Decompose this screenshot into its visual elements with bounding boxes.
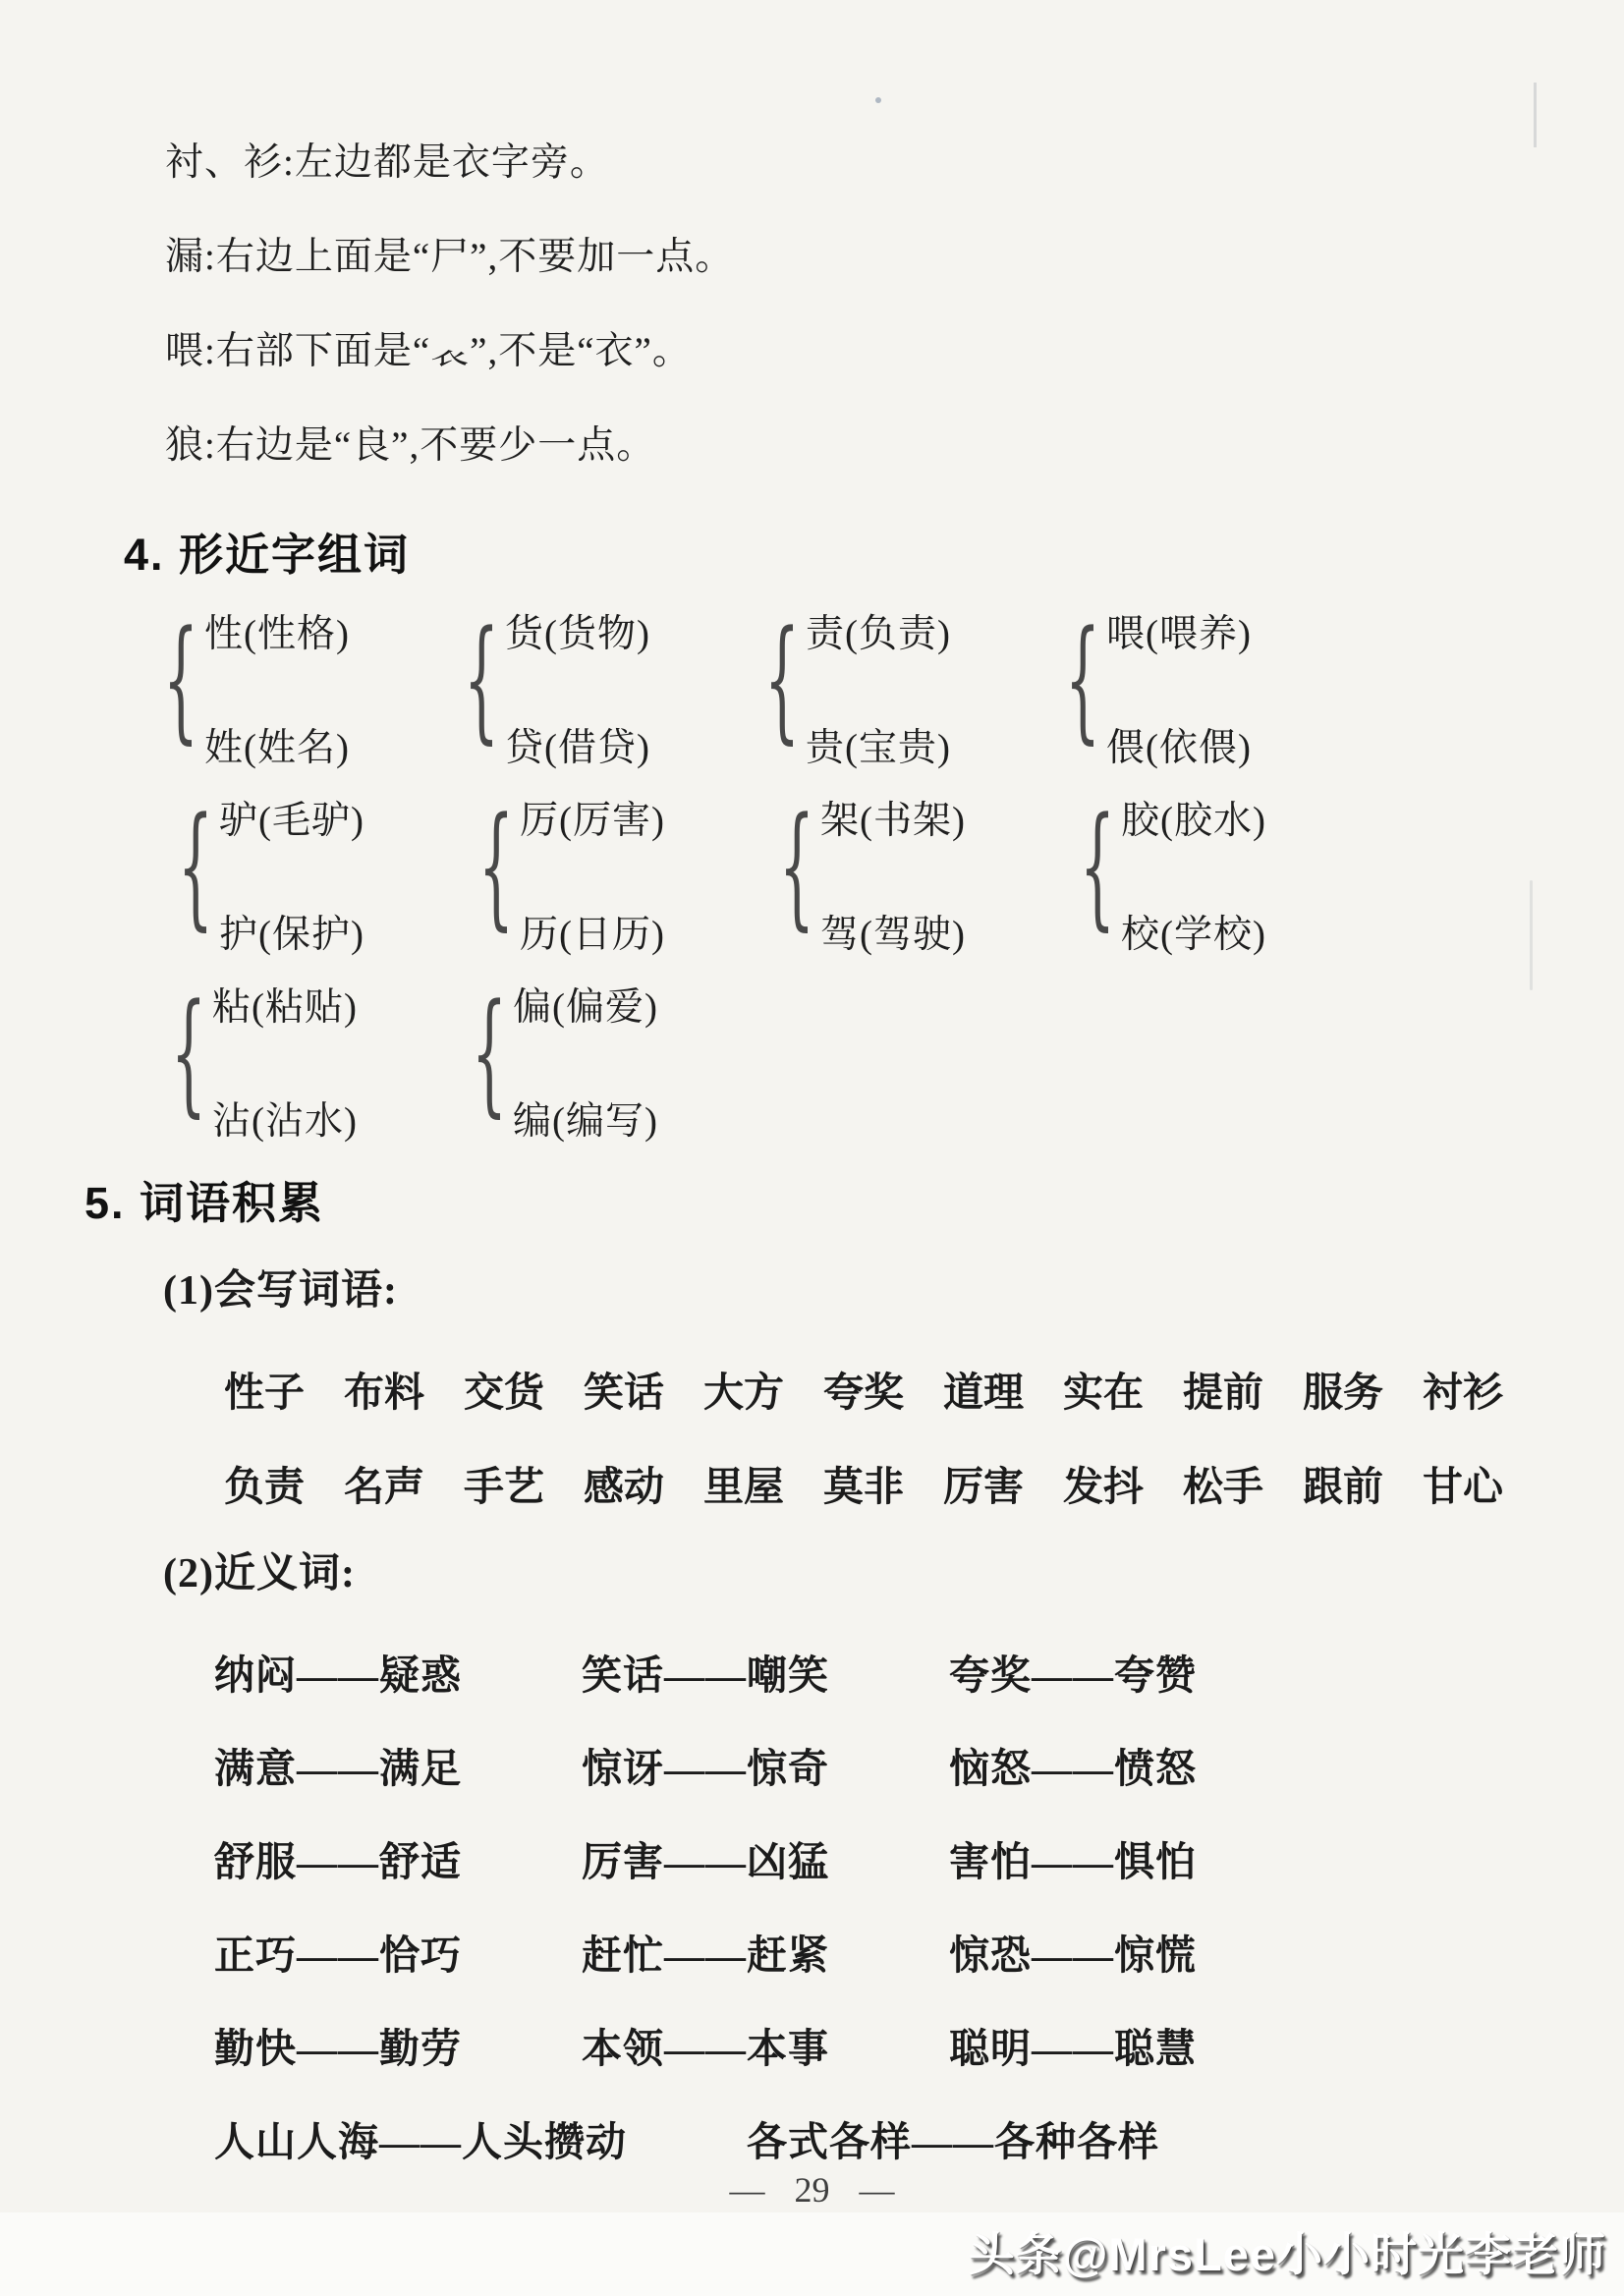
bracket-row: { 粘(粘贴) 沾(沾水) { 偏(偏爱) 编(编写)	[179, 975, 1388, 1132]
word-item: 布料	[344, 1360, 424, 1403]
bracket-group: { 性(性格) 姓(姓名)	[171, 601, 472, 758]
synonym-pair: 本领——本事	[582, 2016, 829, 2059]
group-word-top: 偏(偏爱)	[513, 977, 658, 1032]
word-item: 夸奖	[823, 1360, 904, 1403]
word-item: 甘心	[1423, 1454, 1503, 1497]
bracket-row: { 性(性格) 姓(姓名) { 货(货物) 贷(借贷) { 责(负责) 贵(宝贵…	[171, 601, 1388, 758]
synonym-pair: 纳闷——疑惑	[214, 1643, 462, 1686]
synonym-pair: 人山人海——人头攒动	[214, 2109, 627, 2153]
note-line: 衬、衫:左边都是衣字旁。	[165, 140, 734, 187]
left-brace: {	[472, 971, 507, 1136]
group-word-top: 责(负责)	[806, 603, 951, 658]
group-word-top: 架(书架)	[820, 790, 966, 845]
synonym-pairs: 纳闷——疑惑 笑话——嘲笑 夸奖——夸赞 满意——满足 惊讶——惊奇 恼怒——愤…	[214, 1643, 1197, 2203]
group-word-bottom: 偎(依偎)	[1106, 717, 1252, 772]
group-word-bottom: 沾(沾水)	[212, 1091, 358, 1146]
word-row: 性子 布料 交货 笑话 大方 夸奖 道理 实在 提前 服务	[224, 1360, 1503, 1403]
group-word-top: 货(货物)	[505, 603, 650, 658]
watermark-text: 头条@MrsLee小小时光李老师	[969, 2218, 1606, 2284]
writable-words: 性子 布料 交货 笑话 大方 夸奖 道理 实在 提前 服务	[224, 1360, 1503, 1548]
group-word-top: 性(性格)	[204, 603, 350, 658]
group-word-bottom: 驾(驾驶)	[820, 904, 966, 959]
word-item: 松手	[1183, 1454, 1263, 1497]
group-word-top: 驴(毛驴)	[219, 790, 364, 845]
sub1-label: (1)会写词语:	[163, 1258, 398, 1316]
note-line: 喂:右部下面是“𧘇”,不是“衣”。	[165, 328, 734, 375]
word-item: 莫非	[823, 1454, 904, 1497]
group-word-bottom: 校(学校)	[1121, 904, 1266, 959]
left-brace: {	[478, 784, 514, 949]
bracket-group: { 责(负责) 贵(宝贵)	[772, 601, 1073, 758]
bracket-row: { 驴(毛驴) 护(保护) { 厉(厉害) 历(日历) { 架(书架) 驾(驾驶…	[186, 788, 1388, 945]
synonym-row: 纳闷——疑惑 笑话——嘲笑 夸奖——夸赞	[214, 1643, 1197, 1686]
section4-heading: 4. 形近字组词	[124, 519, 410, 583]
left-brace: {	[1065, 597, 1100, 762]
scan-artifact-line	[1534, 83, 1537, 147]
bracket-group: { 胶(胶水) 校(学校)	[1088, 788, 1388, 945]
group-word-bottom: 历(日历)	[520, 904, 665, 959]
scan-artifact-line	[1530, 880, 1533, 990]
word-item: 负责	[224, 1454, 305, 1497]
left-brace: {	[764, 597, 800, 762]
word-item: 大方	[703, 1360, 784, 1403]
group-word-bottom: 贷(借贷)	[505, 717, 650, 772]
word-item: 里屋	[703, 1454, 784, 1497]
word-item: 笑话	[584, 1360, 664, 1403]
left-brace: {	[779, 784, 814, 949]
word-item: 厉害	[943, 1454, 1024, 1497]
note-line: 漏:右边上面是“尸”,不要加一点。	[165, 234, 734, 281]
word-item: 跟前	[1303, 1454, 1383, 1497]
scan-artifact-dot	[875, 97, 881, 103]
synonym-pair: 厉害——凶猛	[582, 1829, 829, 1873]
word-item: 交货	[464, 1360, 544, 1403]
synonym-pair: 各式各样——各种各样	[747, 2109, 1159, 2153]
word-item: 性子	[224, 1360, 305, 1403]
synonym-pair: 惊恐——惊慌	[949, 1923, 1197, 1966]
group-word-top: 胶(胶水)	[1121, 790, 1266, 845]
word-row: 负责 名声 手艺 感动 里屋 莫非 厉害 发抖 松手 跟前	[224, 1454, 1503, 1497]
synonym-row: 勤快——勤劳 本领——本事 聪明——聪慧	[214, 2016, 1197, 2059]
left-brace: {	[163, 597, 198, 762]
page-number-value: 29	[795, 2169, 830, 2211]
synonym-pair: 惊讶——惊奇	[582, 1736, 829, 1779]
group-word-top: 喂(喂养)	[1106, 603, 1252, 658]
sub2-label: (2)近义词:	[163, 1540, 356, 1599]
page-number-dash-right: —	[860, 2169, 895, 2211]
left-brace: {	[1080, 784, 1115, 949]
word-item: 实在	[1063, 1360, 1144, 1403]
synonym-pair: 赶忙——赶紧	[582, 1923, 829, 1966]
word-item: 衬衫	[1423, 1360, 1503, 1403]
synonym-pair: 夸奖——夸赞	[949, 1643, 1197, 1686]
word-item: 感动	[584, 1454, 664, 1497]
synonym-row: 人山人海——人头攒动 各式各样——各种各样	[214, 2109, 1197, 2153]
section5-heading: 5. 词语积累	[84, 1167, 324, 1231]
group-word-bottom: 护(保护)	[219, 904, 364, 959]
synonym-pair: 害怕——惧怕	[949, 1829, 1197, 1873]
page-number-dash-left: —	[730, 2169, 765, 2211]
synonym-pair: 正巧——恰巧	[214, 1923, 462, 1966]
synonym-row: 舒服——舒适 厉害——凶猛 害怕——惧怕	[214, 1829, 1197, 1873]
synonym-row: 正巧——恰巧 赶忙——赶紧 惊恐——惊慌	[214, 1923, 1197, 1966]
left-brace: {	[178, 784, 213, 949]
group-word-top: 厉(厉害)	[520, 790, 665, 845]
group-word-top: 粘(粘贴)	[212, 977, 358, 1032]
word-item: 道理	[943, 1360, 1024, 1403]
similar-char-groups: { 性(性格) 姓(姓名) { 货(货物) 贷(借贷) { 责(负责) 贵(宝贵…	[171, 601, 1388, 1161]
synonym-pair: 勤快——勤劳	[214, 2016, 462, 2059]
synonym-pair: 满意——满足	[214, 1736, 462, 1779]
word-item: 发抖	[1063, 1454, 1144, 1497]
word-item: 名声	[344, 1454, 424, 1497]
synonym-pair: 笑话——嘲笑	[582, 1643, 829, 1686]
bracket-group: { 厉(厉害) 历(日历)	[486, 788, 787, 945]
synonym-pair: 聪明——聪慧	[949, 2016, 1197, 2059]
word-item: 提前	[1183, 1360, 1263, 1403]
synonym-pair: 恼怒——愤怒	[949, 1736, 1197, 1779]
left-brace: {	[464, 597, 499, 762]
document-page: 衬、衫:左边都是衣字旁。 漏:右边上面是“尸”,不要加一点。 喂:右部下面是“𧘇…	[0, 0, 1624, 2296]
bracket-group: { 架(书架) 驾(驾驶)	[787, 788, 1088, 945]
group-word-bottom: 贵(宝贵)	[806, 717, 951, 772]
bracket-group: { 粘(粘贴) 沾(沾水)	[179, 975, 479, 1132]
group-word-bottom: 姓(姓名)	[204, 717, 350, 772]
group-word-bottom: 编(编写)	[513, 1091, 658, 1146]
bracket-group: { 偏(偏爱) 编(编写)	[479, 975, 780, 1132]
synonym-row: 满意——满足 惊讶——惊奇 恼怒——愤怒	[214, 1736, 1197, 1779]
word-item: 手艺	[464, 1454, 544, 1497]
word-item: 服务	[1303, 1360, 1383, 1403]
character-notes: 衬、衫:左边都是衣字旁。 漏:右边上面是“尸”,不要加一点。 喂:右部下面是“𧘇…	[165, 140, 734, 517]
synonym-pair: 舒服——舒适	[214, 1829, 462, 1873]
page-number: — 29 —	[0, 2169, 1624, 2211]
note-line: 狼:右边是“良”,不要少一点。	[165, 422, 734, 470]
bracket-group: { 货(货物) 贷(借贷)	[472, 601, 772, 758]
left-brace: {	[171, 971, 206, 1136]
bracket-group: { 喂(喂养) 偎(依偎)	[1073, 601, 1373, 758]
bracket-group: { 驴(毛驴) 护(保护)	[186, 788, 486, 945]
